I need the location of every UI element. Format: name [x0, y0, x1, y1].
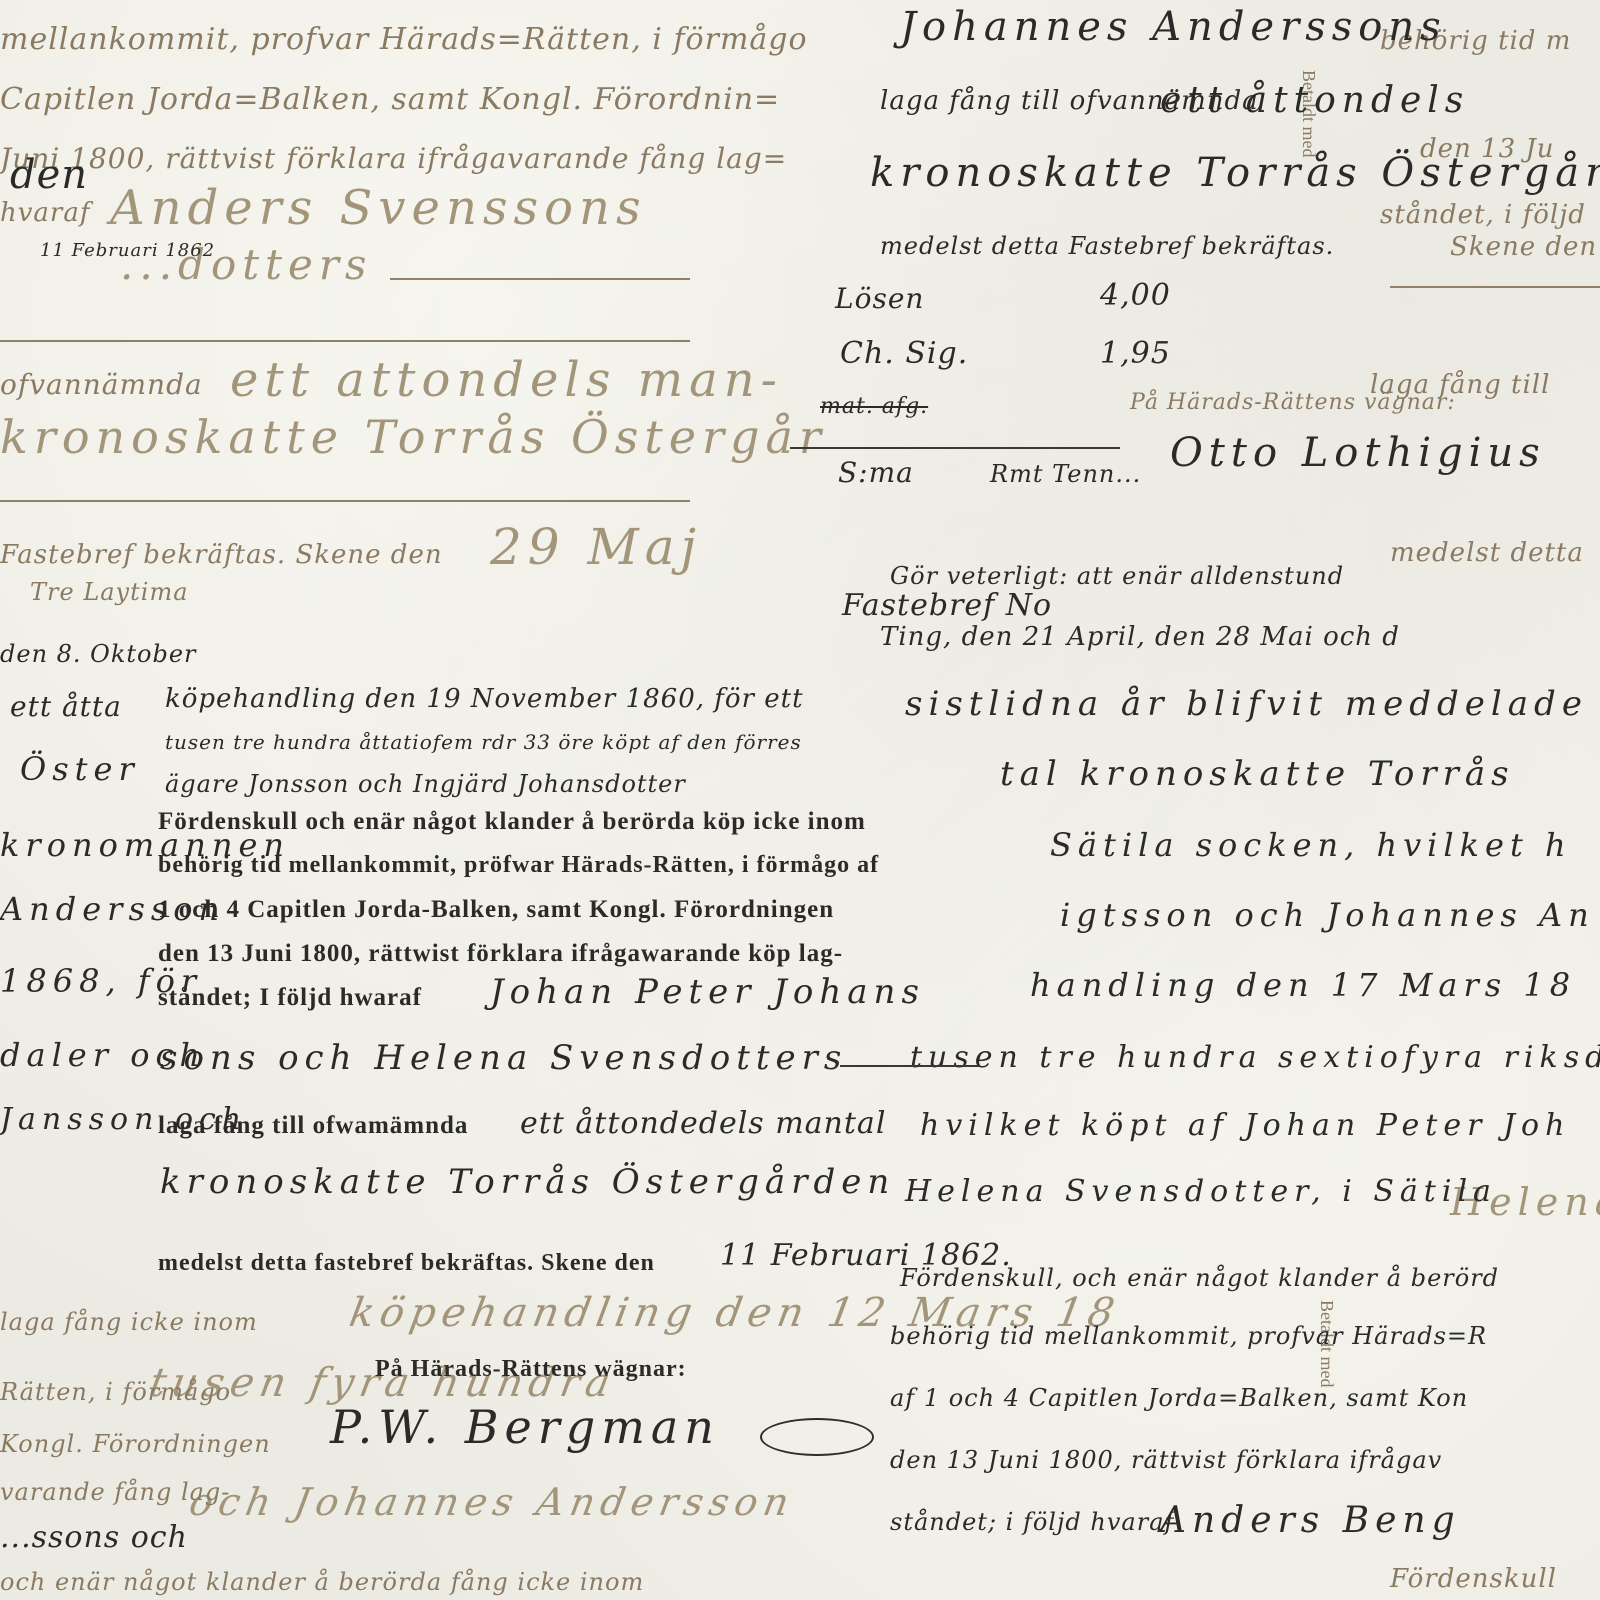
signature: P.W. Bergman — [330, 1400, 720, 1454]
court-line: På Härads-Rättens vägnar: — [1130, 390, 1456, 415]
signature-flourish — [760, 1418, 874, 1456]
printed-line: den 13 Juni 1800, rättwist förklara ifrå… — [158, 940, 843, 968]
text-line: af 1 och 4 Capitlen Jorda=Balken, samt K… — [890, 1384, 1468, 1412]
handwritten-line: den 8. Oktober — [0, 640, 197, 668]
fee-value-chsig: 1,95 — [1100, 336, 1171, 371]
text-line: den 13 Juni 1800, rättvist förklara ifrå… — [890, 1446, 1442, 1474]
handwritten-line: ett åttondels — [1160, 80, 1469, 121]
text-line: Gör veterligt: att enär alldenstund — [890, 562, 1344, 590]
text-line: behörig tid mellankommit, profvar Härads… — [890, 1322, 1487, 1350]
handwritten-name: Johannes Anderssons — [900, 4, 1447, 50]
handwritten-line: tusen tre hundra sextiofyra riksd — [910, 1040, 1600, 1075]
handwritten-line: igtsson och Johannes An — [1060, 896, 1595, 934]
fee-label-losen: Lösen — [835, 282, 924, 315]
fee-label-chsig: Ch. Sig. — [840, 336, 968, 371]
black-ink-document-layer: den 11 Februari 1862 Johannes Anderssons… — [0, 0, 1600, 1600]
total-note: Rmt Tenn... — [990, 460, 1141, 488]
handwritten-date: 11 Februari 1862. — [720, 1238, 1012, 1273]
handwritten-line: ett åtta — [10, 690, 122, 723]
handwritten-line: Öster — [20, 750, 140, 788]
buyer-name: sons och Helena Svensdotters — [160, 1038, 847, 1078]
fee-label-mat: mat. afg. — [820, 394, 928, 419]
total-label: S:ma — [838, 456, 914, 489]
handwritten-word: den — [10, 152, 88, 198]
divider — [840, 1065, 980, 1067]
handwritten-line: tal kronoskatte Torrås — [1000, 754, 1515, 794]
handwritten-line: tusen tre hundra åttatiofem rdr 33 öre k… — [165, 730, 802, 754]
handwritten-line: köpehandling den 19 November 1860, för e… — [165, 684, 804, 714]
court-line: På Härads-Rättens wägnar: — [375, 1356, 687, 1383]
text-line: ståndet; i följd hvaraf — [890, 1508, 1174, 1536]
handwritten-line: hvilket köpt af Johan Peter Joh — [920, 1108, 1570, 1143]
handwritten-line: daler och — [0, 1036, 206, 1074]
handwritten-line: kronomannen — [0, 826, 290, 864]
handwritten-line: Sätila socken, hvilket h — [1050, 826, 1572, 864]
handwritten-date: 11 Februari 1862 — [40, 240, 215, 261]
handwritten-line: kronoskatte Torrås Östergården — [160, 1162, 895, 1202]
printed-line: medelst detta fastebref bekräftas. Skene… — [158, 1250, 655, 1277]
handwritten-line: Helena Svensdotter, i Sätila — [905, 1174, 1497, 1209]
handwritten-line: ett åttondedels mantal — [520, 1106, 886, 1141]
handwritten-line: 1868, för — [0, 962, 202, 1000]
fee-value-losen: 4,00 — [1100, 278, 1171, 313]
handwritten-line: sistlidna år blifvit meddelade å — [905, 684, 1600, 724]
handwritten-line: kronoskatte Torrås Östergår — [870, 150, 1600, 196]
handwritten-line: handling den 17 Mars 18 — [1030, 966, 1576, 1004]
handwritten-line: Andersson — [0, 890, 225, 928]
handwritten-line: ...ssons och — [0, 1520, 188, 1555]
total-divider — [790, 447, 1120, 449]
handwritten-name: Anders Beng — [1160, 1500, 1461, 1541]
signature: Otto Lothigius — [1170, 430, 1546, 476]
text-line: medelst detta Fastebref bekräftas. — [880, 232, 1334, 260]
handwritten-line: Jansson och — [0, 1102, 247, 1137]
text-line: Ting, den 21 April, den 28 Mai och d — [880, 622, 1400, 652]
printed-line: 1 och 4 Capitlen Jorda-Balken, samt Kong… — [158, 896, 834, 924]
fastebref-number: Fastebref No — [842, 588, 1052, 623]
buyer-name: Johan Peter Johans — [490, 972, 925, 1012]
handwritten-line: ägare Jonsson och Ingjärd Johansdotter — [165, 770, 686, 798]
